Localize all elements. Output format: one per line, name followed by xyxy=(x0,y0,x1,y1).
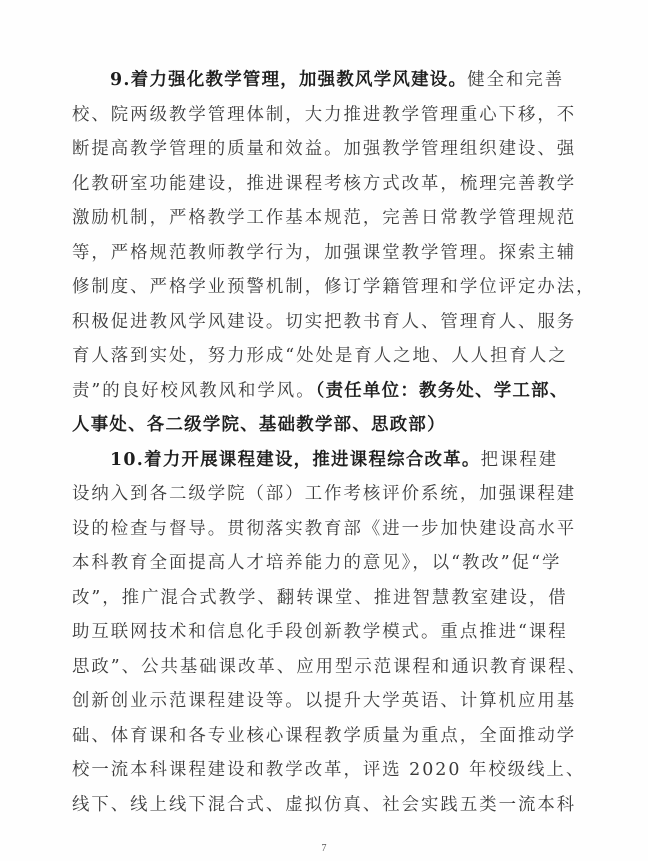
text-span: 责”的良好校风教风和学风。 xyxy=(72,381,316,401)
paragraph-9-line-11: 人事处、各二级学院、基础教学部、思政部） xyxy=(72,408,550,443)
responsible-units-end: 人事处、各二级学院、基础教学部、思政部） xyxy=(72,415,446,435)
document-page: 9.着力强化教学管理，加强教风学风建设。健全和完善 校、院两级教学管理体制，大力… xyxy=(0,0,648,861)
paragraph-10-line-8: 创新创业示范课程建设等。以提升大学英语、计算机应用基 xyxy=(72,684,550,719)
section-10-heading: 10.着力开展课程建设，推进课程综合改革。 xyxy=(110,450,481,470)
paragraph-9-line-9: 育人落到实处，努力形成“处处是育人之地、人人担育人之 xyxy=(72,339,550,374)
paragraph-9-line-2: 校、院两级教学管理体制，大力推进教学管理重心下移，不 xyxy=(72,98,550,133)
paragraph-9-line-4: 化教研室功能建设，推进课程考核方式改革，梳理完善教学 xyxy=(72,167,550,202)
paragraph-9-line-6: 等，严格规范教师教学行为，加强课堂教学管理。探索主辅 xyxy=(72,236,550,271)
paragraph-10-line-9: 础、体育课和各专业核心课程教学质量为重点，全面推动学 xyxy=(72,719,550,754)
paragraph-10-line-7: 思政”、公共基础课改革、应用型示范课程和通识教育课程、 xyxy=(72,650,550,685)
paragraph-9-line-10: 责”的良好校风教风和学风。（责任单位：教务处、学工部、 xyxy=(72,374,550,409)
paragraph-10-line-11: 线下、线上线下混合式、虚拟仿真、社会实践五类一流本科 xyxy=(72,788,550,823)
paragraph-10-line-10: 校一流本科课程建设和教学改革，评选 2020 年校级线上、 xyxy=(72,753,550,788)
paragraph-9-line-7: 修制度、严格学业预警机制，修订学籍管理和学位评定办法， xyxy=(72,270,550,305)
paragraph-10-line-5: 改”，推广混合式教学、翻转课堂、推进智慧教室建设，借 xyxy=(72,581,550,616)
page-number: 7 xyxy=(0,843,648,854)
text-span: 健全和完善 xyxy=(467,70,564,90)
paragraph-9-line-3: 断提高教学管理的质量和效益。加强教学管理组织建设、强 xyxy=(72,132,550,167)
text-span: 把课程建 xyxy=(481,450,559,470)
document-body: 9.着力强化教学管理，加强教风学风建设。健全和完善 校、院两级教学管理体制，大力… xyxy=(72,63,550,822)
paragraph-9-line-8: 积极促进教风学风建设。切实把教书育人、管理育人、服务 xyxy=(72,305,550,340)
paragraph-9-line-1: 9.着力强化教学管理，加强教风学风建设。健全和完善 xyxy=(72,63,550,98)
paragraph-10-line-1: 10.着力开展课程建设，推进课程综合改革。把课程建 xyxy=(72,443,550,478)
section-9-heading: 9.着力强化教学管理，加强教风学风建设。 xyxy=(110,70,467,90)
paragraph-9-line-5: 激励机制，严格教学工作基本规范，完善日常教学管理规范 xyxy=(72,201,550,236)
paragraph-10-line-2: 设纳入到各二级学院（部）工作考核评价系统，加强课程建 xyxy=(72,477,550,512)
paragraph-10-line-6: 助互联网技术和信息化手段创新教学模式。重点推进“课程 xyxy=(72,615,550,650)
paragraph-10-line-3: 设的检查与督导。贯彻落实教育部《进一步加快建设高水平 xyxy=(72,512,550,547)
paragraph-10-line-4: 本科教育全面提高人才培养能力的意见》，以“教改”促“学 xyxy=(72,546,550,581)
responsible-units-start: （责任单位：教务处、学工部、 xyxy=(316,381,569,401)
